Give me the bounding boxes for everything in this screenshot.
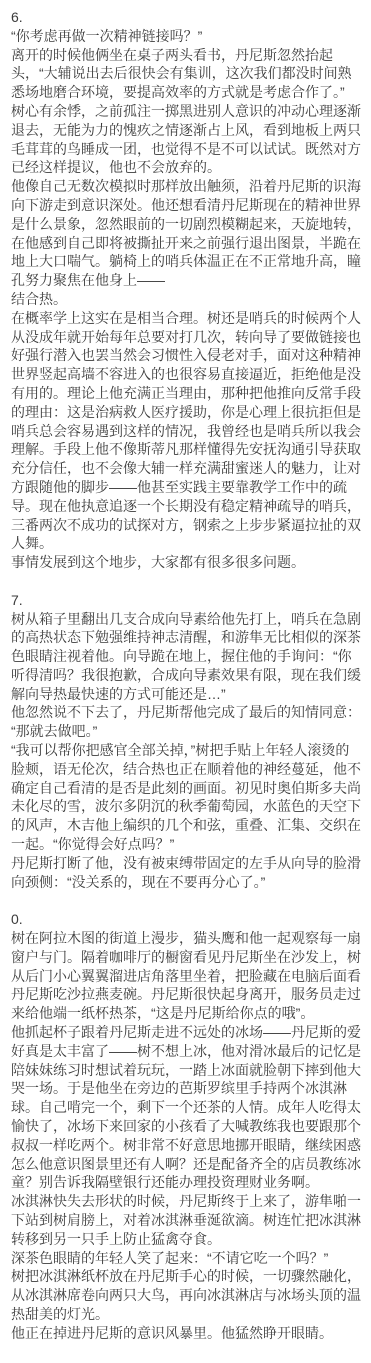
story-paragraph: 树从箱子里翻出几支合成向导素给他先打上，哨兵在急剧的高热状态下勉强维持神志清醒，… — [11, 610, 362, 704]
story-paragraph: “我可以帮你把感官全部关掉，”树把手贴上年轻人滚烫的脸颊，语无伦次，结合热也正在… — [11, 741, 362, 854]
story-paragraph: 冰淇淋快失去形状的时候，丹尼斯终于上来了，游隼啪一下站到树肩膀上，对着冰淇淋垂涎… — [11, 1192, 362, 1248]
story-paragraph: 树在阿拉木图的街道上漫步，猫头鹰和他一起观察每一扇窗户与门。隔着咖啡厅的橱窗看见… — [11, 929, 362, 1023]
story-page: 6.“你考虑再做一次精神链接吗？”离开的时候他俩坐在桌子两头看书，丹尼斯忽然抬起… — [0, 0, 371, 1363]
story-paragraph: 树心有余悸，之前孤注一掷黑进别人意识的冲动心理逐渐退去，无能为力的愧疚之情逐渐占… — [11, 102, 362, 177]
section-number: 6. — [11, 8, 362, 27]
story-paragraph: 离开的时候他俩坐在桌子两头看书，丹尼斯忽然抬起头，“大辅说出去后很快会有集训，这… — [11, 46, 362, 102]
story-paragraph: 事情发展到这个地步，大家都有很多很多问题。 — [11, 553, 362, 572]
story-section: 0.树在阿拉木图的街道上漫步，猫头鹰和他一起观察每一扇窗户与门。隔着咖啡厅的橱窗… — [11, 910, 362, 1342]
section-number: 0. — [11, 910, 362, 929]
section-number: 7. — [11, 591, 362, 610]
story-text: 6.“你考虑再做一次精神链接吗？”离开的时候他俩坐在桌子两头看书，丹尼斯忽然抬起… — [11, 8, 362, 1343]
story-paragraph: 结合热。 — [11, 290, 362, 309]
story-paragraph: 他抓起杯子跟着丹尼斯走进不远处的冰场——丹尼斯的爱好真是太丰富了——树不想上冰，… — [11, 1023, 362, 1192]
story-paragraph: 深茶色眼睛的年轻人笑了起来：“不请它吃一个吗？” — [11, 1249, 362, 1268]
story-paragraph: 他正在掉进丹尼斯的意识风暴里。他猛然睁开眼睛。 — [11, 1324, 362, 1343]
story-section: 6.“你考虑再做一次精神链接吗？”离开的时候他俩坐在桌子两头看书，丹尼斯忽然抬起… — [11, 8, 362, 572]
story-paragraph: 他忽然说不下去了，丹尼斯帮他完成了最后的知情同意： — [11, 703, 362, 722]
story-paragraph: 在概率学上这实在是相当合理。树还是哨兵的时候两个人从没成年就开始每年总要对打几次… — [11, 309, 362, 553]
story-section: 7.树从箱子里翻出几支合成向导素给他先打上，哨兵在急剧的高热状态下勉强维持神志清… — [11, 591, 362, 892]
story-paragraph: 丹尼斯打断了他，没有被束缚带固定的左手从向导的脸滑向颈侧：“没关系的，现在不要再… — [11, 854, 362, 892]
story-paragraph: “那就去做吧。” — [11, 722, 362, 741]
story-paragraph: “你考虑再做一次精神链接吗？” — [11, 27, 362, 46]
story-paragraph: 树把冰淇淋纸杯放在丹尼斯手心的时候，一切骤然融化，从冰淇淋席卷向两只大鸟，再向冰… — [11, 1267, 362, 1323]
story-paragraph: 他像自己无数次模拟时那样放出触须，沿着丹尼斯的识海向下游走到意识深处。他还想看清… — [11, 177, 362, 290]
